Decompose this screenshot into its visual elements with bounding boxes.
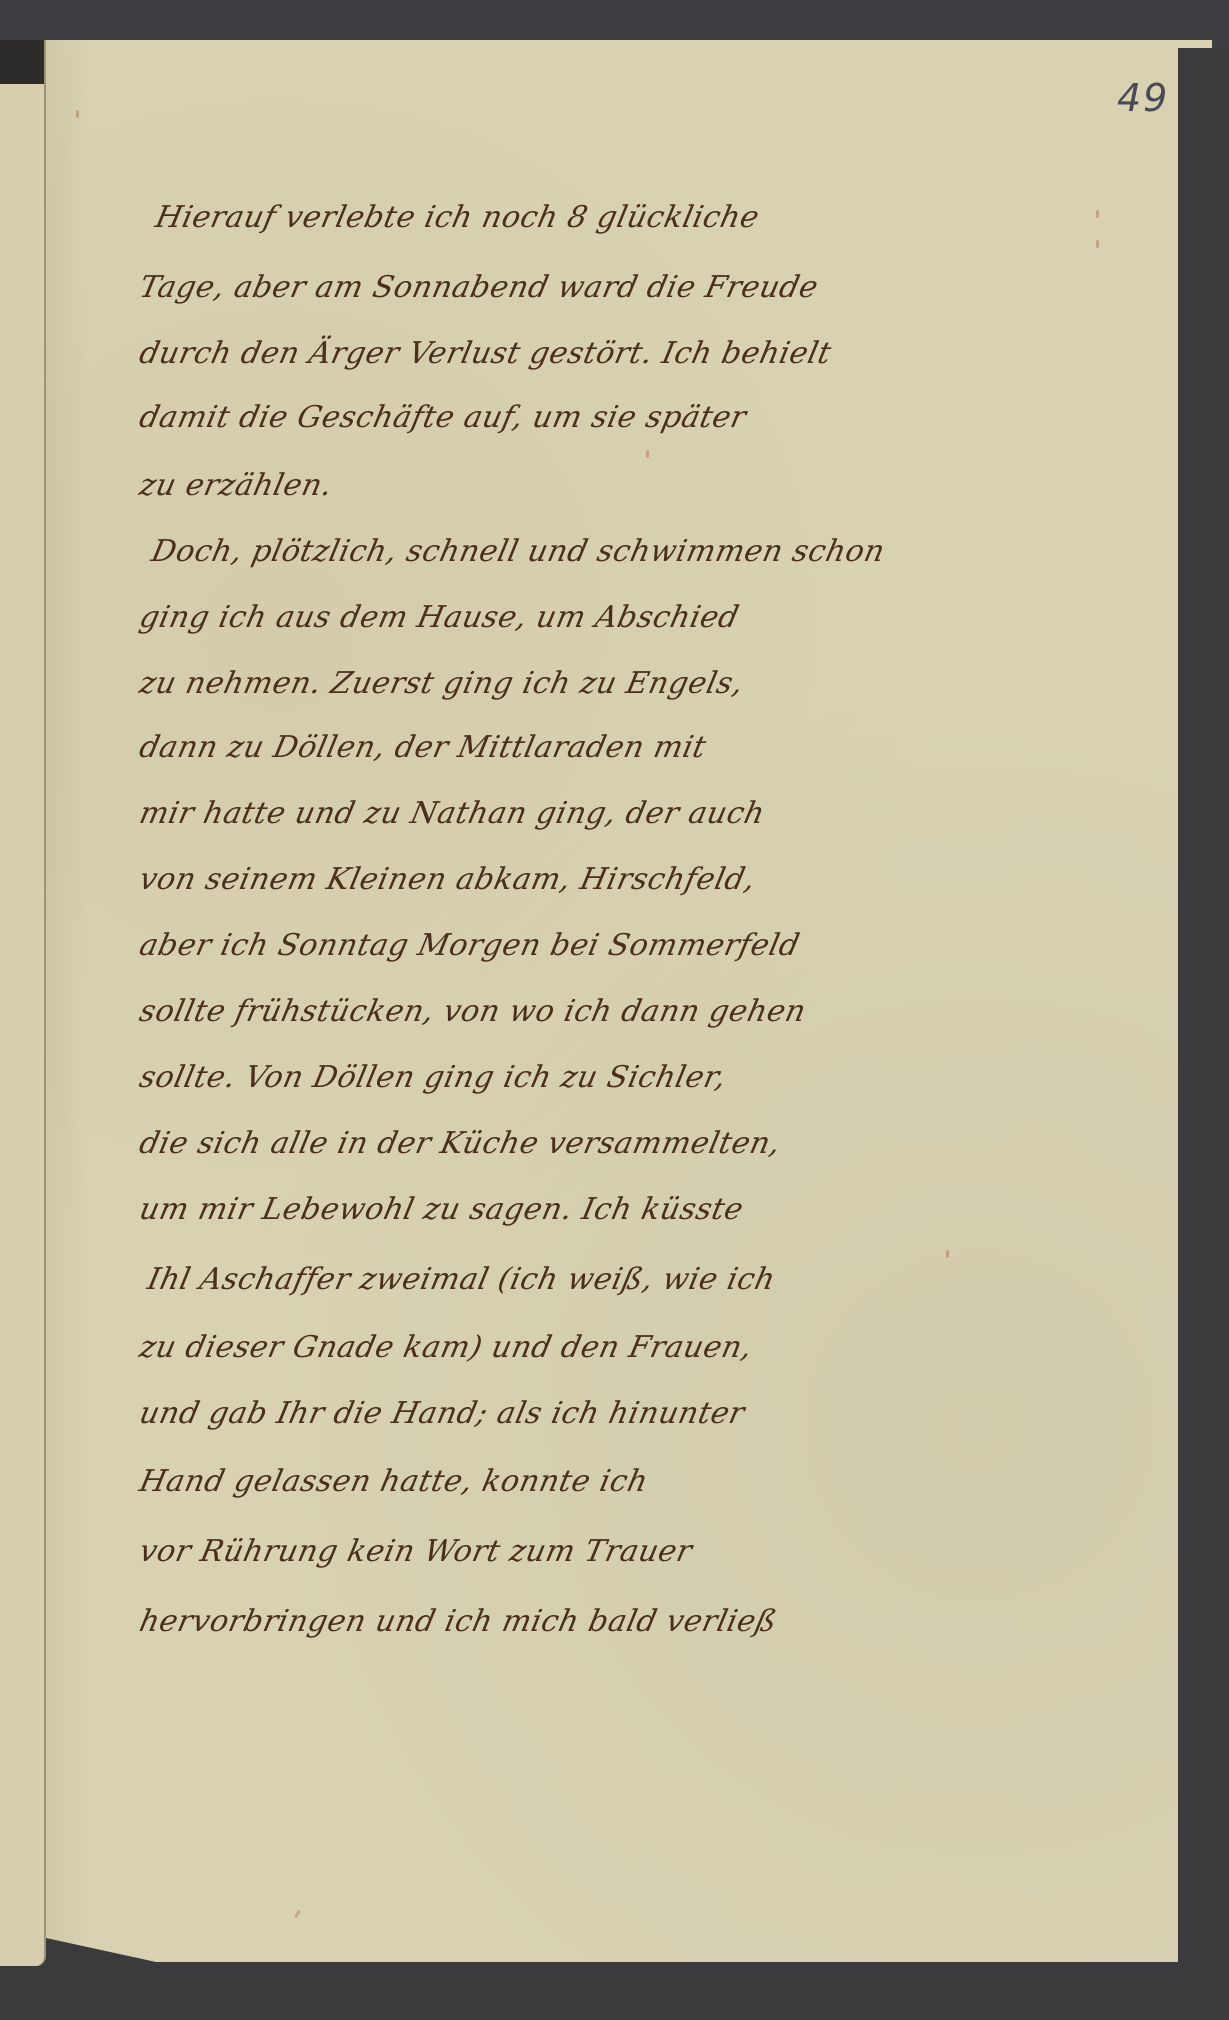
folio-number: 49 <box>1117 76 1169 120</box>
text-line: Ihl Aschaffer zweimal (ich weiß, wie ich <box>144 1262 778 1297</box>
text-line: damit die Geschäfte auf, um sie später <box>136 400 749 435</box>
text-line: ging ich aus dem Hause, um Abschied <box>136 600 742 635</box>
text-line: zu erzählen. <box>136 468 335 503</box>
text-line: Tage, aber am Sonnabend ward die Freude <box>136 270 821 305</box>
text-line: Hand gelassen hatte, konnte ich <box>136 1464 651 1499</box>
text-line: zu nehmen. Zuerst ging ich zu Engels, <box>136 666 746 701</box>
text-line: von seinem Kleinen abkam, Hirschfeld, <box>136 862 758 897</box>
text-line: sollte frühstücken, von wo ich dann gehe… <box>136 994 809 1029</box>
text-line: Doch, plötzlich, schnell und schwimmen s… <box>148 534 888 569</box>
text-line: zu dieser Gnade kam) und den Frauen, <box>136 1330 755 1365</box>
text-line: mir hatte und zu Nathan ging, der auch <box>136 796 768 831</box>
previous-leaf-edge <box>0 40 46 1966</box>
text-line: um mir Lebewohl zu sagen. Ich küsste <box>136 1192 746 1227</box>
text-line: Hierauf verlebte ich noch 8 glückliche <box>152 200 762 235</box>
paper-speck <box>1096 240 1099 248</box>
paper-speck <box>646 450 649 458</box>
binding-corner <box>0 40 44 84</box>
scan-backdrop-right <box>1178 48 1229 2020</box>
paper-speck <box>294 1910 301 1918</box>
text-line: hervorbringen und ich mich bald verließ <box>136 1604 780 1639</box>
text-line: durch den Ärger Verlust gestört. Ich beh… <box>136 336 834 371</box>
paper-speck <box>946 1250 949 1258</box>
text-line: aber ich Sonntag Morgen bei Sommerfeld <box>136 928 803 963</box>
paper-speck <box>76 110 79 118</box>
text-line: und gab Ihr die Hand; als ich hinunter <box>136 1396 748 1431</box>
paper-speck <box>1096 210 1099 218</box>
text-line: dann zu Döllen, der Mittlaraden mit <box>136 730 709 765</box>
text-line: sollte. Von Döllen ging ich zu Sichler, <box>136 1060 729 1095</box>
text-line: die sich alle in der Küche versammelten, <box>136 1126 784 1161</box>
text-line: vor Rührung kein Wort zum Trauer <box>136 1534 695 1569</box>
